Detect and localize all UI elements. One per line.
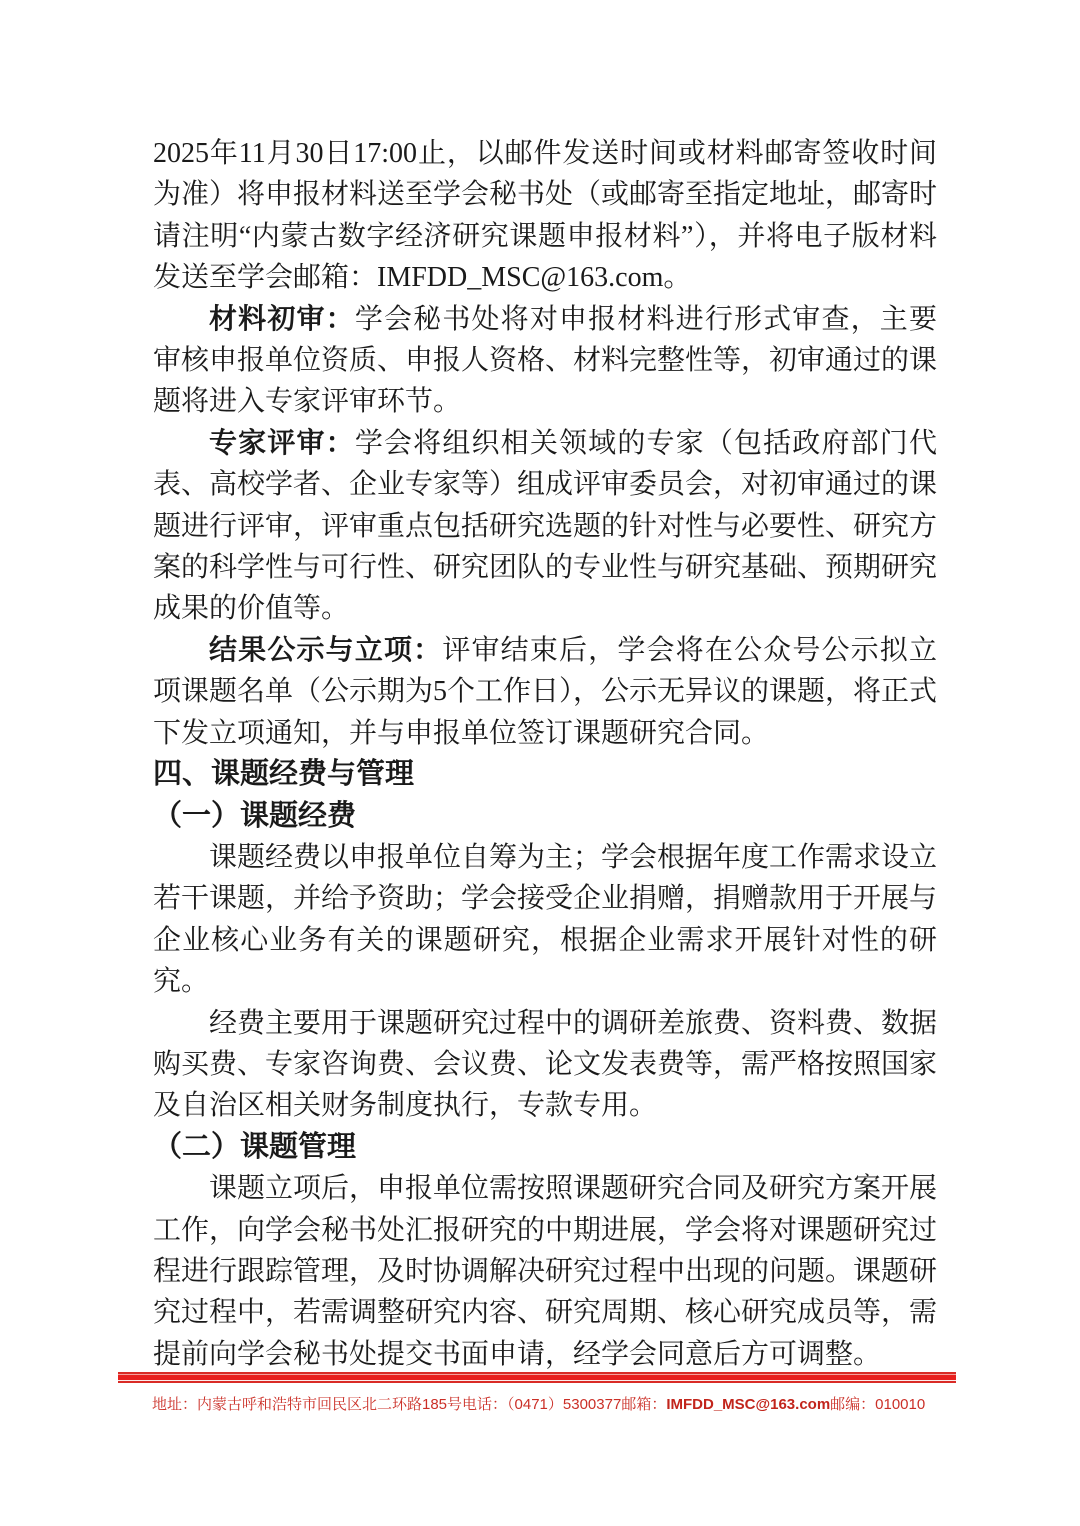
- paragraph-lead: 专家评审：: [209, 428, 355, 459]
- paragraph-result-publicity: 结果公示与立项：评审结束后，学会将在公众号公示拟立项课题名单（公示期为5个工作日…: [153, 630, 937, 754]
- sub-heading-project-funding: （一）课题经费: [153, 796, 937, 837]
- footer-email: IMFDD_MSC@163.com: [666, 1396, 830, 1413]
- paragraph-text: 课题立项后，申报单位需按照课题研究合同及研究方案开展工作，向学会秘书处汇报研究的…: [153, 1173, 937, 1370]
- footer-phone: 电话：（0471）5300377: [462, 1396, 621, 1413]
- paragraph-deadline: 2025年11月30日17:00止，以邮件发送时间或材料邮寄签收时间为准）将申报…: [153, 133, 937, 299]
- footer-contact-info: 地址：内蒙古呼和浩特市回民区北二环路185号电话：（0471）5300377邮箱…: [152, 1393, 962, 1417]
- document-page: 2025年11月30日17:00止，以邮件发送时间或材料邮寄签收时间为准）将申报…: [0, 0, 1080, 1526]
- section-heading-funding-management: 四、课题经费与管理: [153, 754, 937, 795]
- paragraph-text: 经费主要用于课题研究过程中的调研差旅费、资料费、数据购买费、专家咨询费、会议费、…: [153, 1008, 937, 1122]
- paragraph-funding-usage: 经费主要用于课题研究过程中的调研差旅费、资料费、数据购买费、专家咨询费、会议费、…: [153, 1003, 937, 1127]
- paragraph-lead: 材料初审：: [209, 304, 355, 335]
- footer-address: 地址：内蒙古呼和浩特市回民区北二环路185号: [152, 1396, 462, 1413]
- footer-email-label: 邮箱：: [621, 1396, 666, 1413]
- paragraph-text: 2025年11月30日17:00止，以邮件发送时间或材料邮寄签收时间为准）将申报…: [153, 138, 937, 293]
- paragraph-text: 课题经费以申报单位自筹为主；学会根据年度工作需求设立若干课题，并给予资助；学会接…: [153, 842, 937, 997]
- footer-divider-line: [118, 1372, 956, 1383]
- paragraph-expert-review: 专家评审：学会将组织相关领域的专家（包括政府部门代表、高校学者、企业专家等）组成…: [153, 423, 937, 630]
- paragraph-project-management: 课题立项后，申报单位需按照课题研究合同及研究方案开展工作，向学会秘书处汇报研究的…: [153, 1168, 937, 1375]
- sub-heading-project-management: （二）课题管理: [153, 1127, 937, 1168]
- paragraph-funding-source: 课题经费以申报单位自筹为主；学会根据年度工作需求设立若干课题，并给予资助；学会接…: [153, 837, 937, 1003]
- paragraph-lead: 结果公示与立项：: [209, 635, 442, 666]
- footer-postcode: 邮编：010010: [830, 1396, 925, 1413]
- paragraph-material-review: 材料初审：学会秘书处将对申报材料进行形式审查，主要审核申报单位资质、申报人资格、…: [153, 299, 937, 423]
- document-body: 2025年11月30日17:00止，以邮件发送时间或材料邮寄签收时间为准）将申报…: [153, 133, 937, 1375]
